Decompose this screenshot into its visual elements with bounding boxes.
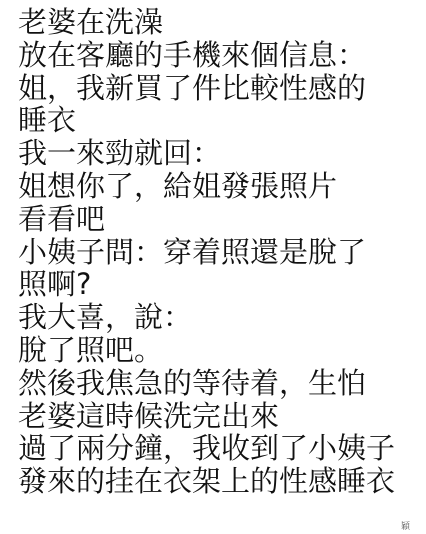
watermark-mark: 穎 bbox=[401, 519, 410, 532]
text-line: 小姨子問：穿着照還是脫了 bbox=[18, 236, 426, 269]
text-line: 姐想你了，給姐發張照片 bbox=[18, 170, 426, 203]
text-line: 老婆在洗澡 bbox=[18, 6, 426, 39]
text-line: 我一來勁就回： bbox=[18, 137, 426, 170]
text-line: 姐，我新買了件比較性感的 bbox=[18, 72, 426, 105]
text-line: 我大喜，說： bbox=[18, 301, 426, 334]
text-line: 照啊? bbox=[18, 268, 426, 301]
text-line: 發來的挂在衣架上的性感睡衣 bbox=[18, 465, 426, 498]
text-line: 脫了照吧。 bbox=[18, 334, 426, 367]
text-line: 睡衣 bbox=[18, 104, 426, 137]
text-line: 過了兩分鐘，我收到了小姨子 bbox=[18, 432, 426, 465]
text-line: 老婆這時候洗完出來 bbox=[18, 400, 426, 433]
text-line: 看看吧 bbox=[18, 203, 426, 236]
text-line: 放在客廳的手機來個信息： bbox=[18, 39, 426, 72]
text-line: 然後我焦急的等待着，生怕 bbox=[18, 367, 426, 400]
joke-text-block: 老婆在洗澡 放在客廳的手機來個信息： 姐，我新買了件比較性感的 睡衣 我一來勁就… bbox=[18, 6, 426, 498]
